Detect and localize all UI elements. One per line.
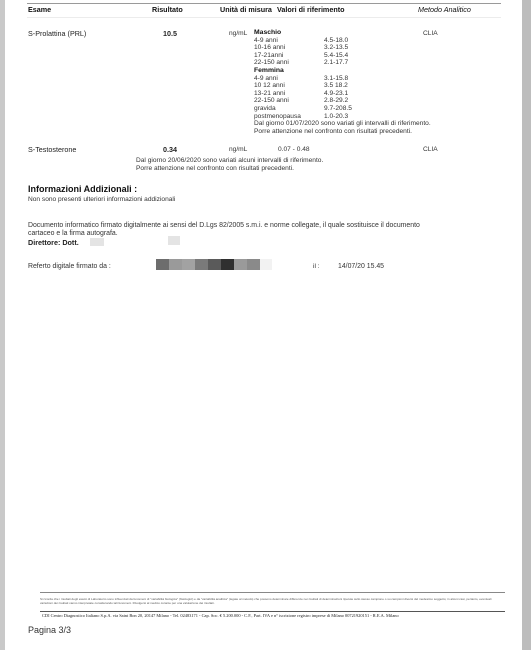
reference-range-row: 17-21anni5.4-15.4 (254, 52, 348, 59)
reference-range-row: 13-21 anni4.9-23.1 (254, 90, 348, 97)
reference-group-label: Femmina (254, 67, 284, 74)
column-header-unit: Unità di misura (220, 5, 272, 14)
column-header-result: Risultato (152, 5, 183, 14)
date-label: il : (313, 263, 320, 270)
exam-name: S-Prolattina (PRL) (28, 29, 86, 38)
reference-age: 13-21 anni (254, 90, 324, 97)
exam-result: 0.34 (163, 145, 177, 154)
redaction-block (156, 259, 169, 270)
reference-value: 9.7-208.5 (324, 105, 352, 112)
redaction-block (208, 259, 221, 270)
signature-statement: Documento informatico firmato digitalmen… (28, 222, 420, 229)
reference-value: 3.5 18.2 (324, 82, 348, 89)
exam-result: 10.5 (163, 29, 177, 38)
reference-value: 3.2-13.5 (324, 44, 348, 51)
reference-age: 22-150 anni (254, 59, 324, 66)
redaction-block (221, 259, 234, 270)
signature-date: 14/07/20 15.45 (338, 263, 384, 270)
redacted-director-name (168, 236, 180, 245)
exam-unit: ng/mL (229, 146, 247, 153)
reference-value: 4.5-18.0 (324, 37, 348, 44)
exam-method: CLIA (423, 146, 438, 153)
reference-range-row: 4-9 anni4.5-18.0 (254, 37, 348, 44)
exam-name: S-Testosterone (28, 145, 76, 154)
reference-age: 10-16 anni (254, 44, 324, 51)
reference-age: 22-150 anni (254, 97, 324, 104)
scrollbar-track[interactable] (522, 0, 531, 650)
reference-range-row: 22-150 anni2.8-29.2 (254, 97, 348, 104)
redaction-block (182, 259, 195, 270)
reference-age: postmenopausa (254, 113, 324, 120)
exam-note: Porre attenzione nel confronto con risul… (136, 165, 294, 172)
redaction-block (247, 259, 260, 270)
redaction-block (195, 259, 208, 270)
reference-age: 4-9 anni (254, 37, 324, 44)
column-header-exam: Esame (28, 5, 51, 14)
redacted-director-name (90, 238, 104, 246)
company-legal-info: CDI Centro Diagnostico Italiano S.p.A. v… (42, 613, 399, 618)
redaction-block (169, 259, 182, 270)
page-number: Pagina 3/3 (28, 625, 71, 635)
reference-value: 3.1-15.8 (324, 75, 348, 82)
director-label: Direttore: Dott. (28, 238, 79, 247)
reference-value: 2.8-29.2 (324, 97, 348, 104)
column-header-reference: Valori di riferimento (277, 5, 345, 14)
reference-group-label: Maschio (254, 29, 281, 36)
reference-value: 5.4-15.4 (324, 52, 348, 59)
reference-range-row: gravida9.7-208.5 (254, 105, 352, 112)
reference-note: Dal giorno 01/07/2020 sono variati gli i… (254, 120, 431, 127)
reference-age: 4-9 anni (254, 75, 324, 82)
reference-age: gravida (254, 105, 324, 112)
exam-note: Dal giorno 20/06/2020 sono variati alcun… (136, 157, 323, 164)
exam-method: CLIA (423, 30, 438, 37)
reference-value: 1.0-20.3 (324, 113, 348, 120)
reference-age: 17-21anni (254, 52, 324, 59)
reference-note: Porre attenzione nel confronto con risul… (254, 128, 412, 135)
additional-info-text: Non sono presenti ulteriori informazioni… (28, 196, 175, 203)
reference-value: 2.1-17.7 (324, 59, 348, 66)
exam-unit: ng/mL (229, 30, 247, 37)
header-rule (27, 3, 501, 4)
reference-range-row: 10 12 anni3.5 18.2 (254, 82, 348, 89)
reference-range-row: 22-150 anni2.1-17.7 (254, 59, 348, 66)
column-header-method: Metodo Analitico (418, 5, 471, 14)
reference-age: 10 12 anni (254, 82, 324, 89)
footer-rule-legal (40, 611, 505, 612)
exam-reference: 0.07 - 0.48 (278, 146, 310, 153)
reference-range-row: 10-16 anni3.2-13.5 (254, 44, 348, 51)
reference-range-row: postmenopausa1.0-20.3 (254, 113, 348, 120)
footer-disclaimer: Si ricorda che i risultati degli esami d… (40, 597, 505, 609)
page-edge-left (0, 0, 5, 650)
signed-by-label: Referto digitale firmato da : (28, 263, 111, 270)
reference-value: 4.9-23.1 (324, 90, 348, 97)
footer-rule (40, 592, 505, 593)
header-separator (27, 17, 501, 18)
redaction-block (234, 259, 247, 270)
additional-info-title: Informazioni Addizionali : (28, 184, 137, 194)
signature-statement-cont: cartaceo e la firma autografa. (28, 230, 118, 237)
reference-range-row: 4-9 anni3.1-15.8 (254, 75, 348, 82)
redaction-block (260, 259, 272, 270)
